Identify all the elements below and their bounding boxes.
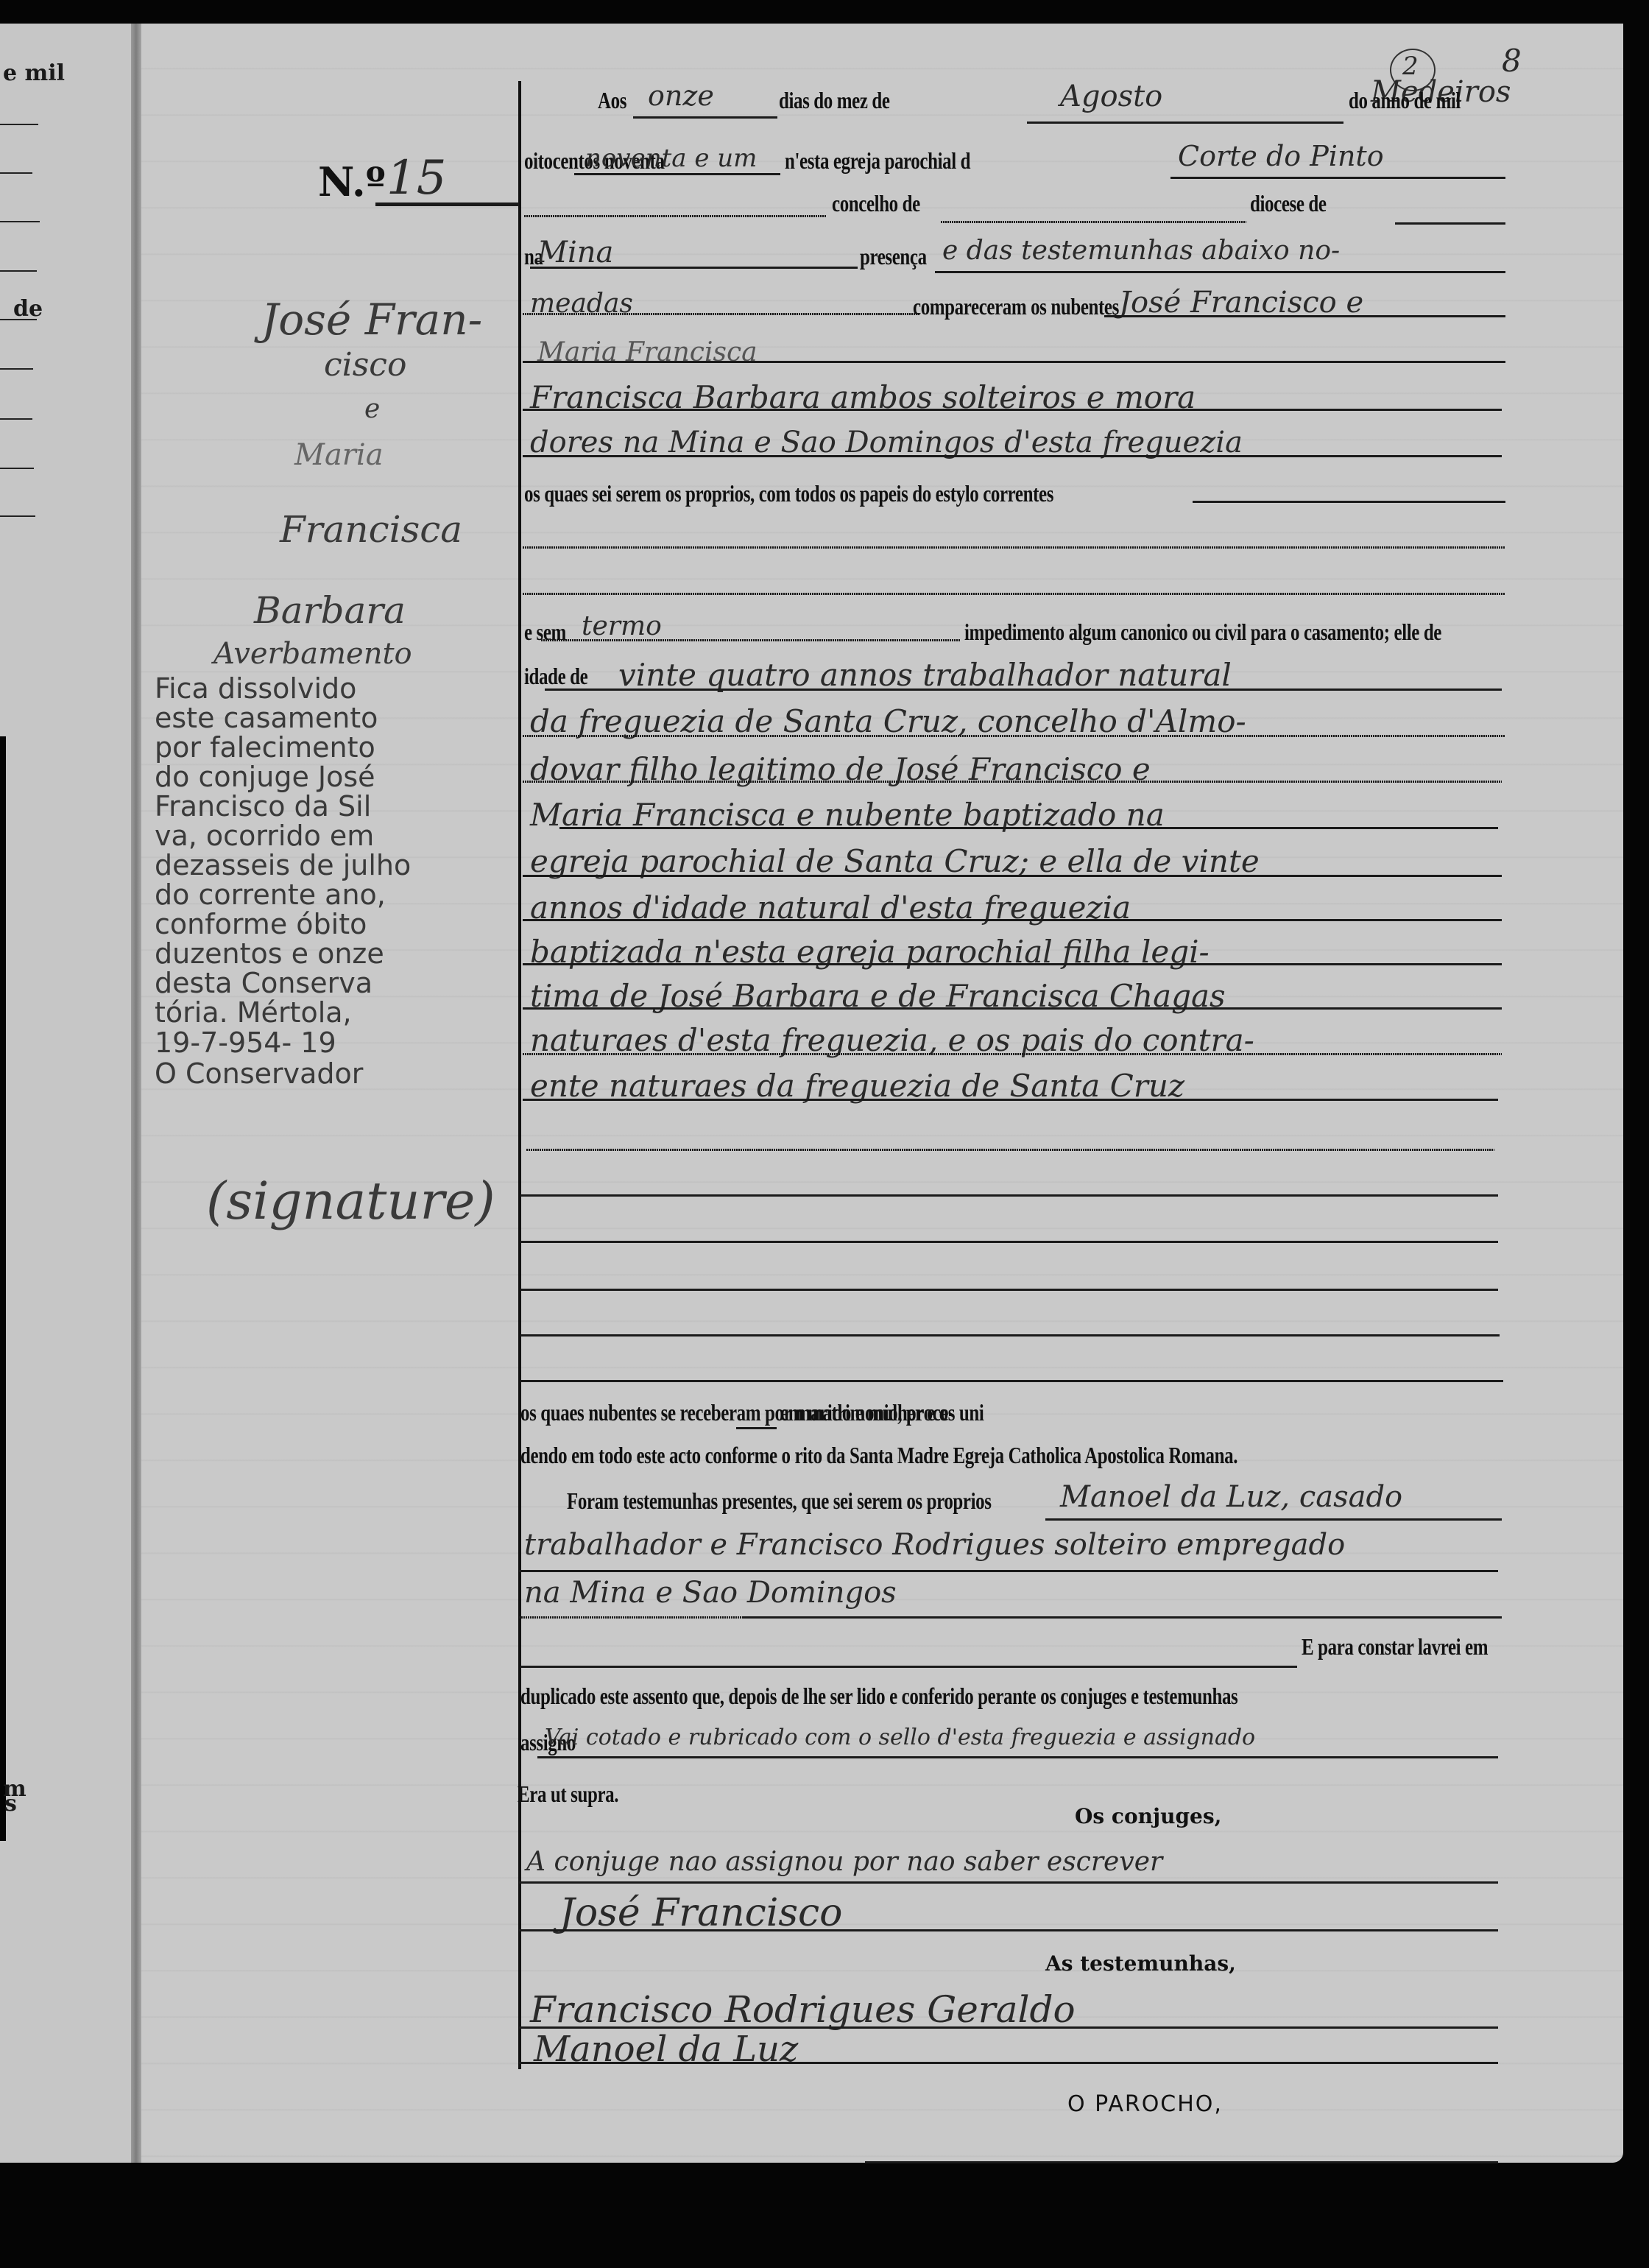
margin-name: e	[364, 394, 380, 424]
fill-line	[1170, 177, 1505, 179]
fill-line	[523, 593, 1505, 595]
margin-note-line: O Conservador	[155, 1058, 515, 1089]
fill-line	[633, 116, 777, 119]
margin-name: José Fran-	[261, 295, 482, 345]
margin-note-line: do corrente ano,	[155, 880, 515, 909]
spouse-signature: José Francisco	[559, 1891, 842, 1935]
prev-page-line	[0, 468, 34, 469]
fill-line	[523, 455, 1502, 457]
prev-page-text: de	[13, 296, 43, 322]
priest-signature-line	[865, 2161, 1498, 2163]
field-witnesses: Manoel da Luz, casado	[1060, 1480, 1402, 1514]
fill-line	[526, 1149, 1494, 1151]
margin-name: Francisca	[280, 508, 462, 551]
printed-text: Aos	[598, 87, 626, 114]
margin-note: Fica dissolvido este casamento por falec…	[155, 674, 515, 1089]
fill-line	[523, 361, 1505, 363]
witnesses-heading: As testemunhas,	[1045, 1951, 1236, 1976]
field-closing: Vai cotado e rubricado com o sello d'est…	[545, 1725, 1255, 1750]
field-witnesses: trabalhador e Francisco Rodrigues soltei…	[524, 1528, 1345, 1562]
prev-page-line	[0, 515, 35, 517]
prev-page-line	[0, 221, 40, 222]
margin-note-date: 19-7-954- 19	[155, 1027, 515, 1058]
margin-note-line: duzentos e onze	[155, 939, 515, 968]
fill-line	[537, 1756, 1498, 1758]
margin-rule	[518, 81, 521, 2069]
margin-note-line: conforme óbito	[155, 909, 515, 939]
prev-page-line	[0, 418, 32, 420]
fill-line	[520, 1334, 1500, 1336]
printed-text: compareceram os nubentes	[913, 293, 1119, 320]
field-narrative: da freguezia de Santa Cruz, concelho d'A…	[530, 703, 1246, 739]
margin-note-line: Francisco da Sil	[155, 792, 515, 821]
margin-name: Barbara	[254, 589, 406, 632]
prev-page-line	[0, 124, 38, 125]
fill-line	[530, 267, 858, 269]
field-narrative: egreja parochial de Santa Cruz; e ella d…	[530, 843, 1260, 879]
margin-note-line: tória. Mértola,	[155, 998, 515, 1027]
prev-page-line	[0, 368, 33, 370]
printed-text: E para constar lavrei em	[1302, 1633, 1488, 1660]
fill-line	[523, 963, 1502, 965]
fill-line	[941, 221, 1246, 223]
fill-line	[520, 1666, 1297, 1668]
field-year: noventa e um	[585, 144, 757, 173]
fill-line	[523, 1007, 1502, 1010]
fill-line	[574, 173, 780, 175]
prev-page-text: s	[4, 1791, 17, 1817]
field-locality: Mina	[537, 236, 613, 270]
field-day: onze	[648, 80, 714, 112]
conservador-signature: (signature)	[206, 1171, 495, 1231]
prev-page-line	[0, 172, 32, 174]
fill-line	[523, 919, 1502, 921]
fill-line	[519, 1570, 1498, 1572]
margin-name: cisco	[324, 346, 406, 384]
fill-line	[523, 1053, 1502, 1055]
binding-shadow	[131, 24, 141, 2163]
margin-note-line: do conjuge José	[155, 762, 515, 792]
fill-line	[744, 1616, 1502, 1619]
fill-line	[519, 1881, 1498, 1884]
fill-line	[523, 875, 1502, 877]
fill-line	[519, 1929, 1498, 1931]
fill-line	[520, 1380, 1503, 1382]
fill-line	[559, 827, 1498, 829]
margin-note-line: desta Conserva	[155, 968, 515, 998]
priest-heading: O PAROCHO,	[1067, 2091, 1223, 2117]
printed-text: n'esta egreja parochial d	[785, 147, 970, 175]
fill-line	[523, 409, 1502, 411]
fill-line	[523, 1099, 1498, 1101]
margin-note-line: por falecimento	[155, 733, 515, 762]
fill-line	[523, 735, 1505, 737]
scan-edge	[0, 736, 6, 1841]
printed-text: em matrimonio, proce-	[780, 1399, 954, 1426]
fill-line	[519, 2062, 1498, 2064]
fill-line	[523, 546, 1505, 549]
field-impediment: termo	[582, 611, 662, 641]
previous-page-strip	[0, 24, 133, 2163]
field-narrative: vinte quatro annos trabalhador natural	[618, 657, 1232, 693]
fill-line	[541, 639, 961, 641]
printed-text: dendo em todo este acto conforme o rito …	[520, 1442, 1237, 1469]
printed-text: diocese de	[1250, 190, 1327, 217]
witness-signature: Francisco Rodrigues Geraldo	[530, 1988, 1076, 2031]
entry-number-line	[375, 202, 519, 206]
page-number: 8	[1502, 43, 1522, 79]
spouses-note: A conjuge nao assignou por nao saber esc…	[526, 1847, 1162, 1877]
field-parish: Corte do Pinto	[1178, 140, 1384, 172]
printed-text: Era ut supra.	[518, 1781, 618, 1808]
fill-line	[736, 1427, 777, 1429]
fill-line	[524, 215, 826, 217]
fill-line	[519, 1616, 744, 1619]
fill-line	[523, 781, 1502, 783]
printed-text: impedimento algum canonico ou civil para…	[964, 619, 1441, 646]
prev-page-line	[0, 270, 37, 272]
margin-note-line: este casamento	[155, 703, 515, 733]
printed-text: presença	[860, 243, 927, 270]
printed-text: os quaes sei serem os proprios, com todo…	[524, 480, 1053, 507]
field-presence: e das testemunhas abaixo no-	[942, 236, 1340, 266]
fill-line	[1395, 222, 1505, 225]
fill-line	[545, 688, 1502, 691]
field-month: Agosto	[1060, 80, 1162, 113]
spouses-heading: Os conjuges,	[1075, 1804, 1221, 1828]
margin-note-line: dezasseis de julho	[155, 850, 515, 880]
entry-number-label: N.º	[318, 158, 386, 205]
printed-text: e sem	[524, 619, 566, 646]
margin-name: Maria	[294, 438, 384, 472]
margin-note-line: Fica dissolvido	[155, 674, 515, 703]
fill-line	[1104, 315, 1505, 317]
prev-page-text: e mil	[3, 60, 65, 86]
fill-line	[520, 1241, 1498, 1243]
printed-text: concelho de	[832, 190, 920, 217]
printed-text: Foram testemunhas presentes, que sei ser…	[567, 1487, 992, 1515]
margin-note-line: va, ocorrido em	[155, 821, 515, 850]
margin-note-title: Averbamento	[213, 637, 412, 671]
fill-line	[1193, 501, 1505, 503]
printed-text: idade de	[524, 663, 587, 690]
entry-number: 15	[386, 151, 446, 205]
printed-text: dias do mez de	[779, 87, 890, 114]
fill-line	[520, 1194, 1498, 1197]
printed-text: duplicado este assento que, depois de lh…	[520, 1683, 1237, 1710]
fill-line	[1027, 121, 1343, 124]
printed-text: do anno de mil	[1349, 87, 1461, 114]
field-witnesses: na Mina e Sao Domingos	[524, 1576, 897, 1610]
fill-line	[1045, 1518, 1502, 1521]
fill-line	[520, 1289, 1498, 1291]
fill-line	[935, 271, 1505, 273]
fill-line	[523, 313, 920, 315]
